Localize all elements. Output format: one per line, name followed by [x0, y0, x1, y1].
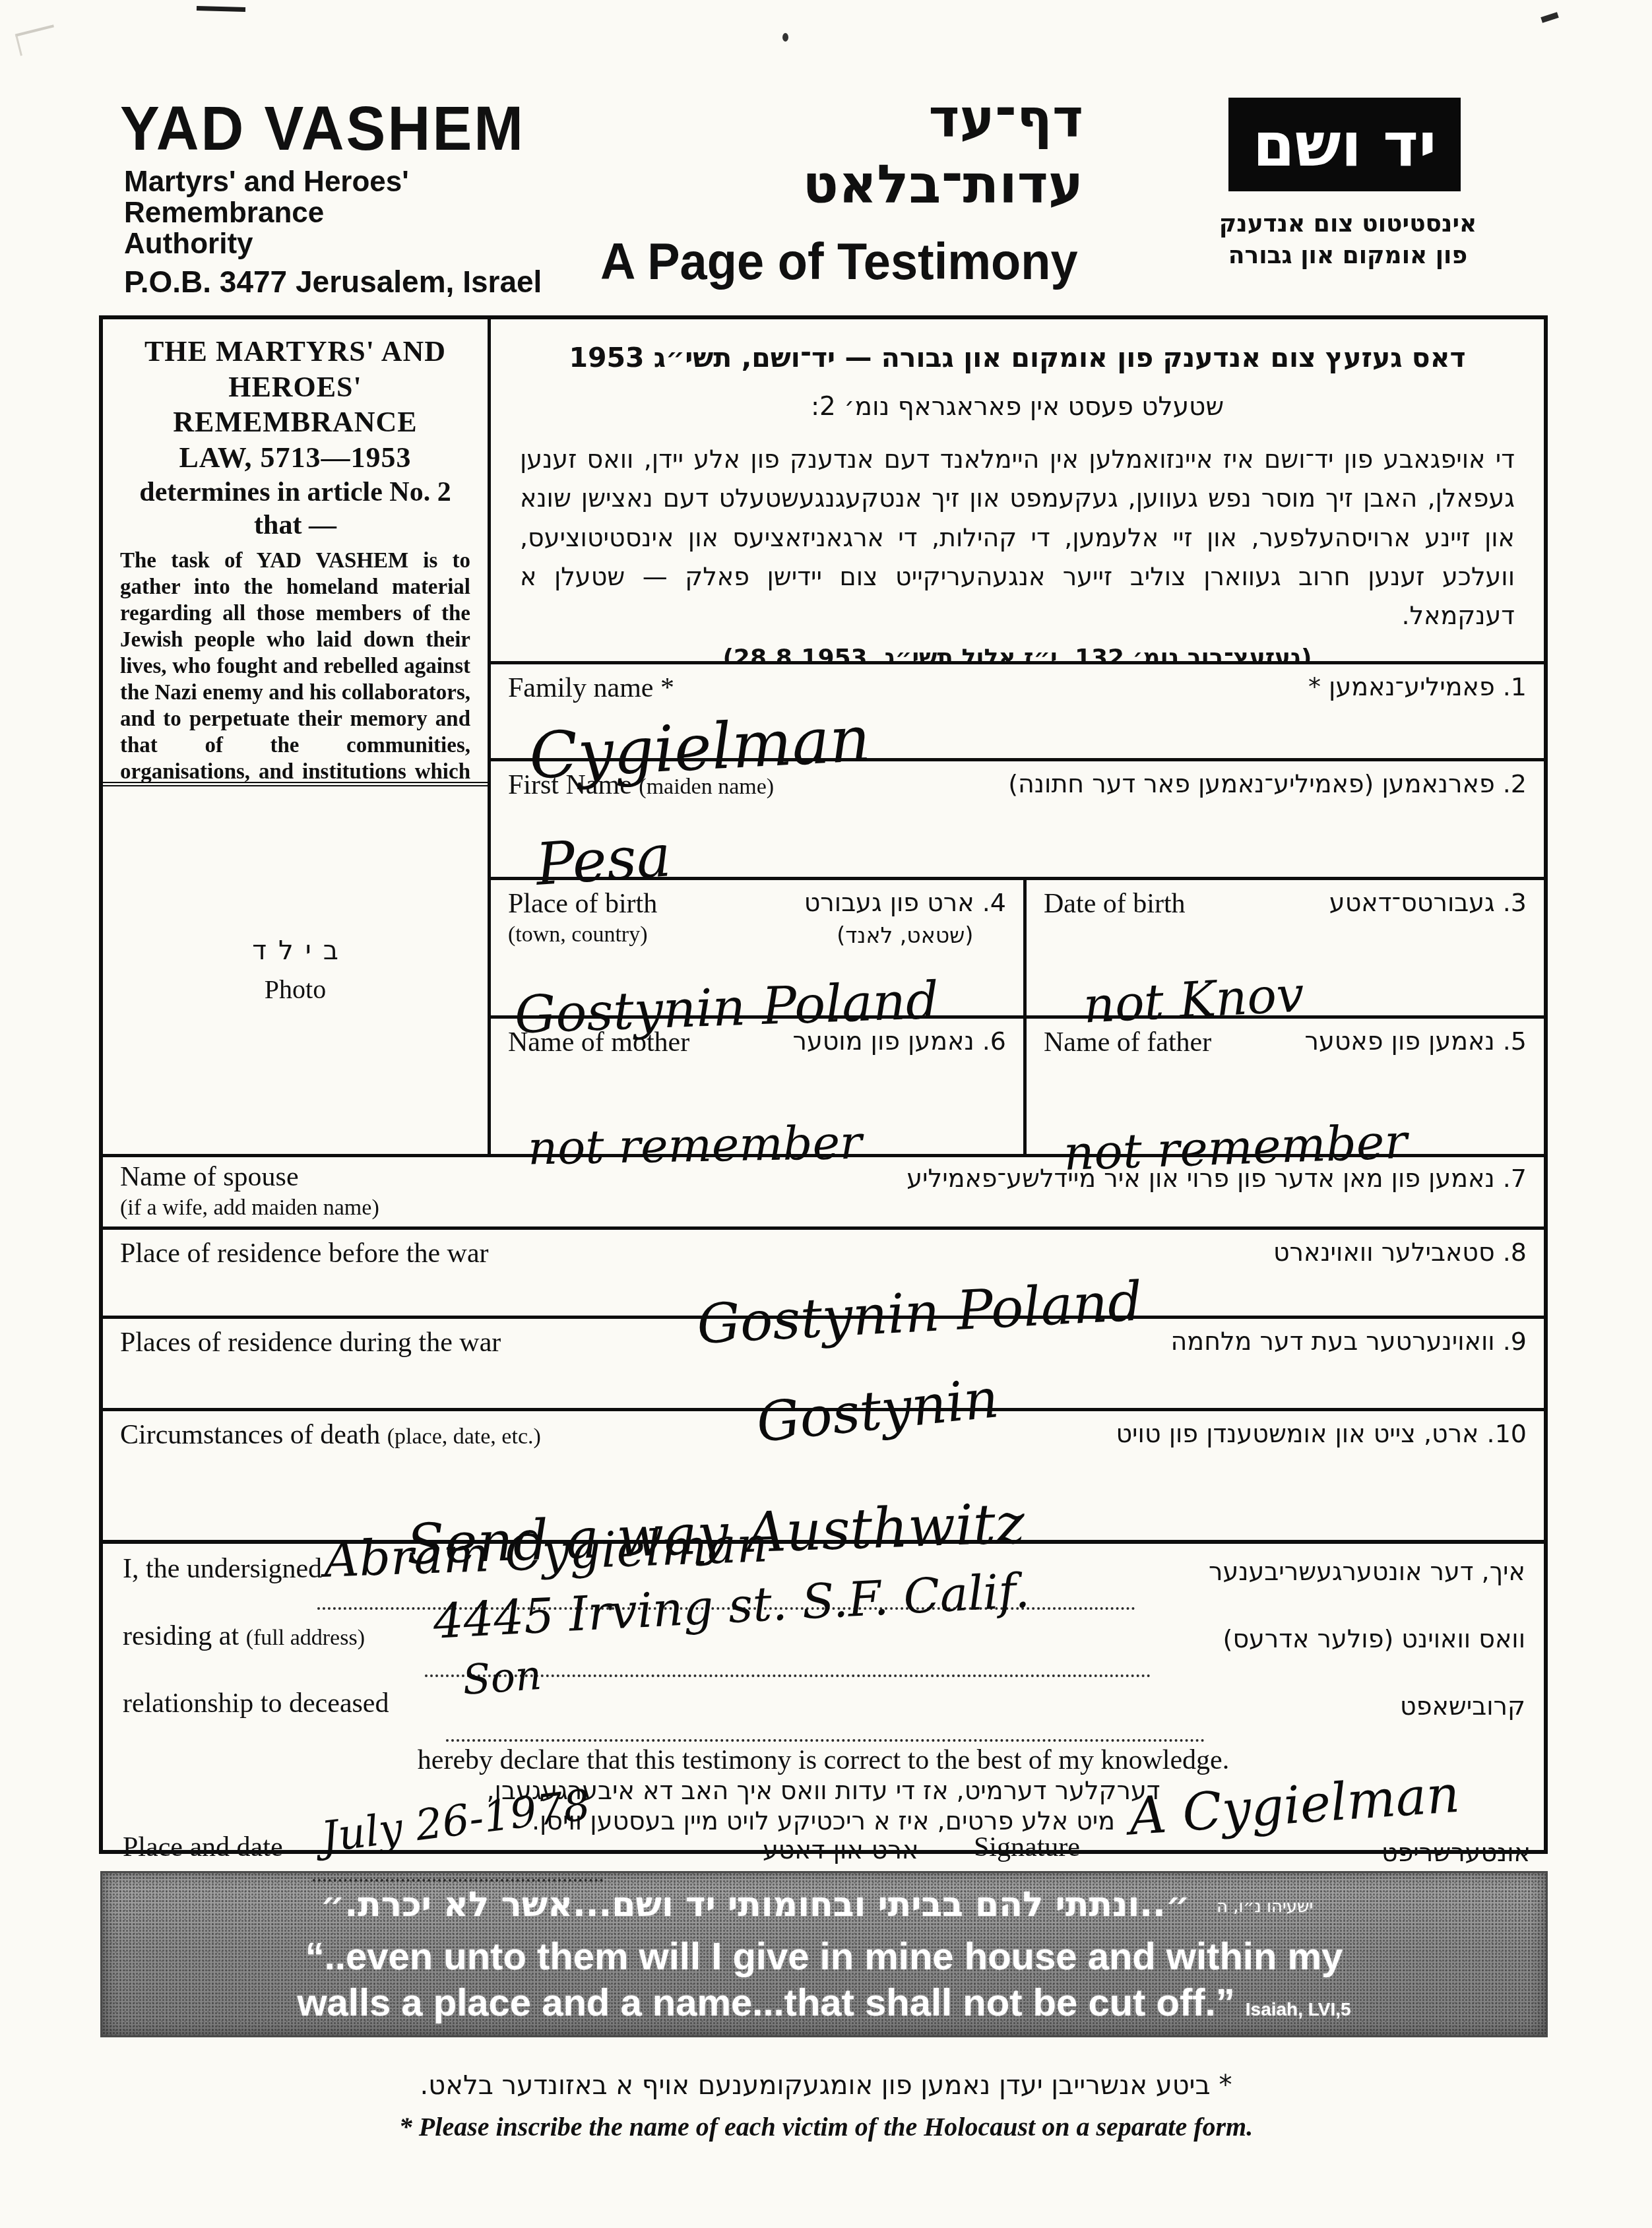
quote-english: “..even unto them will I give in mine ho…: [102, 1934, 1546, 2025]
field-name-of-father: Name of father 5. נאמען פון פאטער not re…: [1027, 1019, 1544, 1154]
logo-subtitle-line2: פון אומקום און גבורה: [1168, 240, 1528, 272]
pencil-scribble-artifact: [15, 24, 59, 56]
document-title-english: A Page of Testimony: [600, 232, 1078, 290]
yad-vashem-logo-text: יד ושם: [1253, 110, 1437, 180]
place-date-label: Place and date: [123, 1831, 283, 1863]
dotted-line: [313, 1879, 603, 1882]
form-top-section: THE MARTYRS' AND HEROES' REMEMBRANCE LAW…: [103, 319, 1544, 1154]
document-title-hebrew: דף־עד עדות־בלאט: [627, 86, 1083, 218]
quote-hebrew: ישעיהו נ״ו, ה ״..ונתתי להם בביתי ובחומות…: [102, 1885, 1546, 1925]
field-residence-before-war-label-en: Place of residence before the war: [120, 1238, 489, 1269]
handwritten-date-of-birth: not Knov: [1082, 966, 1306, 1034]
yad-vashem-logo: יד ושם: [1228, 98, 1461, 191]
law-intro-line1: דאס געזעץ צום אנדענק פון אומקום און גבור…: [520, 342, 1515, 373]
declaration-statement-en: hereby declare that this testimony is co…: [103, 1744, 1544, 1776]
field-name-of-father-label-he: 5. נאמען פון פאטער: [1304, 1027, 1527, 1056]
field-family-name-label-en: Family name *: [508, 672, 674, 704]
law-subtitle-line: that —: [120, 509, 470, 542]
org-subtitle-line: Remembrance: [124, 197, 409, 228]
field-family-name-label-he: 1. פאמיליע־נאמען *: [1308, 672, 1527, 701]
field-place-of-birth-label-en: Place of birth (town, country): [508, 888, 657, 947]
document-title-hebrew-line2: עדות־בלאט: [627, 152, 1083, 218]
field-place-of-birth-label-en-sub: (town, country): [508, 922, 657, 947]
logo-subtitle-yiddish: אינסטיטוט צום אנדענק פון אומקום און גבור…: [1168, 208, 1528, 271]
law-intro-line2: שטעלט פעסט אין פאראגראף נומ׳ 2:: [520, 392, 1515, 422]
signature-label: Signature: [974, 1831, 1080, 1863]
quote-english-line2: walls a place and a name...that shall no…: [102, 1980, 1546, 2026]
org-subtitle-line: Martyrs' and Heroes': [124, 166, 409, 197]
law-subtitle-line: determines in article No. 2: [120, 476, 470, 509]
field-date-of-birth-label-en: Date of birth: [1044, 888, 1186, 920]
field-place-of-birth-label-he: 4. ארט פון געבורט (שטאט, לאנד): [804, 888, 1006, 948]
field-family-name: Family name * 1. פאמיליע־נאמען * Cygielm…: [491, 661, 1544, 758]
field-date-of-birth: Date of birth 3. געבורטס־דאטע not Knov: [1027, 880, 1544, 1015]
handwritten-first-name: Pesa: [534, 821, 674, 899]
field-row-birth: Place of birth (town, country) 4. ארט פו…: [491, 877, 1544, 1015]
field-residence-during-war-label-he: 9. וואוינערטער בעת דער מלחמה: [1171, 1327, 1527, 1356]
field-residence-before-war-label-he: 8. סטאבילער וואוינארט: [1273, 1238, 1527, 1267]
footnote-english: * Please inscribe the name of each victi…: [0, 2111, 1652, 2142]
law-title-line: THE MARTYRS' AND: [120, 334, 470, 369]
law-title-line: HEROES' REMEMBRANCE: [120, 369, 470, 440]
law-title-line: LAW, 5713—1953: [120, 440, 470, 476]
org-subtitle: Martyrs' and Heroes' Remembrance Authori…: [124, 166, 409, 259]
testimony-form: THE MARTYRS' AND HEROES' REMEMBRANCE LAW…: [99, 315, 1548, 1854]
photo-label-hebrew: בילד: [240, 936, 350, 966]
law-intro-body: די אויפגאבע פון יד־ושם איז איינזואמלען א…: [520, 440, 1515, 635]
form-left-column: THE MARTYRS' AND HEROES' REMEMBRANCE LAW…: [103, 319, 491, 1154]
isaiah-quote-banner: ישעיהו נ״ו, ה ״..ונתתי להם בביתי ובחומות…: [100, 1871, 1548, 2037]
residing-label-he: וואס וואוינט (פולער אדרעס): [1223, 1624, 1525, 1653]
quote-english-source: Isaiah, LVI,5: [1246, 1999, 1351, 2020]
relationship-label: relationship to deceased: [123, 1688, 389, 1719]
declaration-section: I, the undersigned Abram Cygielman איך, …: [103, 1540, 1544, 1850]
field-first-name-label-he: 2. פארנאמען (פאמיליע־נאמען פאר דער חתונה…: [1008, 769, 1527, 798]
quote-hebrew-source: ישעיהו נ״ו, ה: [1217, 1897, 1313, 1917]
quote-english-line1: “..even unto them will I give in mine ho…: [102, 1934, 1546, 1980]
remembrance-law-box: THE MARTYRS' AND HEROES' REMEMBRANCE LAW…: [103, 319, 488, 786]
signature-label-he: אונטערשריפט: [1382, 1838, 1531, 1867]
relationship-label-he: קרובישאפט: [1400, 1692, 1525, 1721]
photo-label-english: Photo: [265, 974, 326, 1005]
residing-label-sub: (full address): [246, 1626, 365, 1650]
field-date-of-birth-label-he: 3. געבורטס־דאטע: [1329, 888, 1527, 917]
field-circumstances-of-death-label-en-sub: (place, date, etc.): [387, 1424, 541, 1449]
org-name: YAD VASHEM: [120, 92, 525, 165]
dotted-line: [446, 1739, 1205, 1742]
photo-placeholder: בילד Photo: [103, 786, 488, 1154]
handwritten-relationship: Son: [461, 1651, 544, 1704]
law-intro-yiddish-box: דאס געזעץ צום אנדענק פון אומקום און גבור…: [491, 319, 1544, 661]
form-right-column: דאס געזעץ צום אנדענק פון אומקום און גבור…: [491, 319, 1544, 1154]
field-residence-during-war-label-en: Places of residence during the war: [120, 1327, 501, 1358]
document-title-hebrew-line1: דף־עד: [627, 86, 1083, 152]
law-body-text: The task of YAD VASHEM is to gather into…: [120, 548, 470, 786]
law-intro-citation: (געזעץ־בוך נומ׳ 132, י״ז אלול תשי״ג, 28.…: [520, 645, 1515, 661]
field-place-of-birth-label-he-sub: (שטאט, לאנד): [804, 922, 1006, 948]
field-circumstances-of-death-label-he: 10. ארט, צייט און אומשטענדן פון טויט: [1116, 1419, 1527, 1448]
page-of-testimony-document: YAD VASHEM Martyrs' and Heroes' Remembra…: [0, 0, 1652, 2228]
field-residence-before-war: Place of residence before the war 8. סטא…: [103, 1226, 1544, 1316]
residing-label: residing at (full address): [123, 1620, 365, 1652]
scan-artifact: [1541, 12, 1559, 23]
field-place-of-birth: Place of birth (town, country) 4. ארט פו…: [491, 880, 1027, 1015]
field-circumstances-of-death-label-en: Circumstances of death (place, date, etc…: [120, 1419, 541, 1451]
scan-artifact: [197, 6, 245, 12]
undersigned-label: I, the undersigned: [123, 1553, 322, 1585]
scan-artifact: [782, 33, 788, 42]
org-subtitle-line: Authority: [124, 228, 409, 259]
place-date-label-he: ארט און דאטע: [763, 1835, 918, 1864]
undersigned-label-he: איך, דער אונטערגעשריבענער: [1209, 1557, 1525, 1586]
logo-subtitle-line1: אינסטיטוט צום אנדענק: [1168, 208, 1528, 240]
field-name-of-spouse-label-en: Name of spouse (if a wife, add maiden na…: [120, 1161, 379, 1221]
footnote-yiddish: * ביטע אנשרייבן יעדן נאמען פון אומגעקומע…: [0, 2070, 1652, 2101]
field-name-of-spouse-label-en-sub: (if a wife, add maiden name): [120, 1195, 379, 1221]
handwritten-name-of-mother: not remember: [527, 1116, 862, 1176]
org-address: P.O.B. 3477 Jerusalem, Israel: [124, 264, 542, 300]
